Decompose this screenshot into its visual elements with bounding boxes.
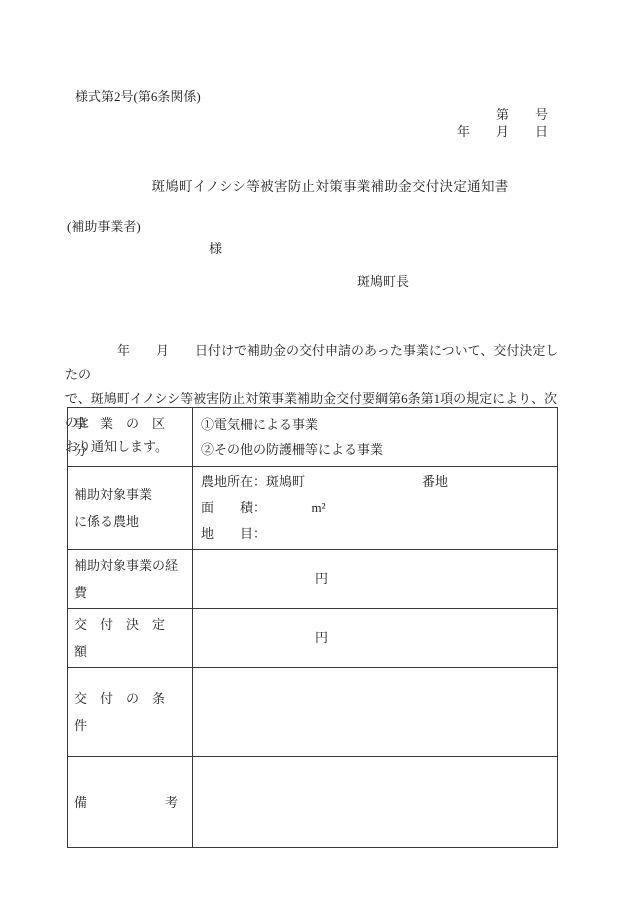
table-row-grant-amount: 交 付 決 定 額 円 — [68, 609, 558, 668]
row-label: 事 業 の 区 分 — [68, 408, 193, 467]
content-line: 地 目： — [201, 521, 553, 547]
content-line: 農地所在：斑鳩町 番地 — [201, 469, 553, 495]
table-row-project-expense: 補助対象事業の経費 円 — [68, 550, 558, 609]
label-line: に係る農地 — [74, 508, 188, 535]
addressee-label: (補助事業者) — [67, 216, 141, 235]
addressee-honorific: 様 — [209, 238, 222, 257]
content-line: ①電気柵による事業 — [201, 412, 553, 437]
date-line: 年 月 日 — [457, 121, 548, 140]
row-label: 備 考 — [68, 757, 193, 848]
table-row-grant-conditions: 交 付 の 条 件 — [68, 668, 558, 757]
row-content: 円 — [193, 609, 558, 668]
label-line: 補助対象事業 — [74, 481, 188, 508]
body-line: 年 月 日付けで補助金の交付申請のあった事業について、交付決定したの — [65, 339, 567, 387]
row-label: 交 付 の 条 件 — [68, 668, 193, 757]
content-line: 面 積： m² — [201, 495, 553, 521]
form-table: 事 業 の 区 分 ①電気柵による事業 ②その他の防護柵等による事業 補助対象事… — [67, 407, 558, 848]
sender-name: 斑鳩町長 — [357, 271, 409, 290]
row-content — [193, 668, 558, 757]
document-title: 斑鳩町イノシシ等被害防止対策事業補助金交付決定通知書 — [30, 175, 630, 195]
table-row-farmland: 補助対象事業 に係る農地 農地所在：斑鳩町 番地 面 積： m² 地 目： — [68, 467, 558, 550]
content-line: ②その他の防護柵等による事業 — [201, 437, 553, 462]
form-number: 様式第2号(第6条関係) — [75, 86, 201, 105]
table-row-remarks: 備 考 — [68, 757, 558, 848]
table-row-business-category: 事 業 の 区 分 ①電気柵による事業 ②その他の防護柵等による事業 — [68, 408, 558, 467]
row-content — [193, 757, 558, 848]
row-label: 補助対象事業 に係る農地 — [68, 467, 193, 550]
row-label: 補助対象事業の経費 — [68, 550, 193, 609]
row-content: 農地所在：斑鳩町 番地 面 積： m² 地 目： — [193, 467, 558, 550]
row-content: 円 — [193, 550, 558, 609]
row-label: 交 付 決 定 額 — [68, 609, 193, 668]
document-page: 様式第2号(第6条関係) 第 号 年 月 日 斑鳩町イノシシ等被害防止対策事業補… — [0, 0, 630, 915]
row-content: ①電気柵による事業 ②その他の防護柵等による事業 — [193, 408, 558, 467]
